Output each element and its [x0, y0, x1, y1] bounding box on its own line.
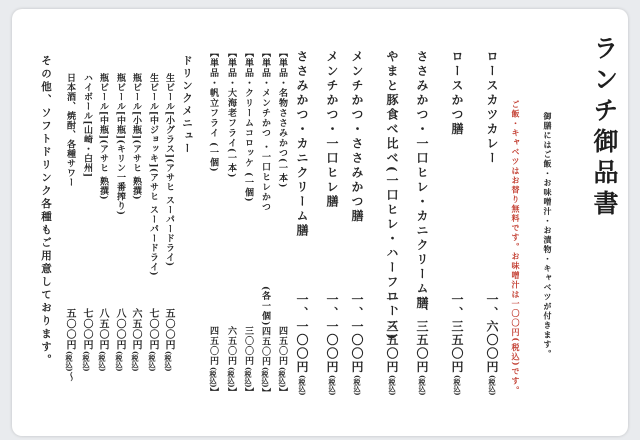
single-item-name: 【単品・名物ささみかつ(一本): [277, 48, 286, 189]
page-title: ランチ御品書: [592, 35, 617, 221]
price-tax-note: (税込): [164, 351, 173, 372]
price-amount: 一、一〇〇円: [325, 293, 339, 374]
price-tax-note: (税込): [418, 375, 427, 396]
price-amount: 七〇〇円: [81, 308, 92, 350]
menu-item-price: 一、六〇〇円(税込): [486, 293, 498, 396]
menu-item-price: 一、三五〇円(税込): [416, 293, 428, 396]
price-tax-note: (税込): [131, 351, 140, 372]
drink-item-price: 七〇〇円(税込): [81, 308, 91, 372]
drink-item-price: 六五〇円(税込): [130, 308, 140, 372]
price-tax-note: (税込): [298, 375, 307, 396]
note-included-sides: 御膳にはご飯・お味噌汁・お漬物・キャベツが付きます。: [544, 112, 552, 359]
single-item-price: (各一個)四五〇円(税込)】: [260, 286, 269, 397]
price-tax-note: (税込): [148, 351, 157, 372]
price-amount: 七〇〇円: [147, 308, 158, 350]
menu-item-name: ロースカツカレー: [486, 50, 498, 166]
price-closing-bracket: 】: [208, 388, 218, 397]
price-tax-note: (税込): [328, 375, 337, 396]
single-item-price: 三〇〇円(税込)】: [243, 326, 252, 397]
price-amount: 四五〇円: [277, 326, 287, 366]
price-tax-note: (税込): [353, 375, 362, 396]
price-amount: 六五〇円: [130, 308, 141, 350]
drink-item-name: 日本酒、焼酎、各種サワー: [65, 73, 74, 187]
menu-item-price: 一、一〇〇円(税込): [296, 293, 308, 396]
menu-item-name: ささみかつ・カニクリーム膳: [296, 50, 308, 239]
menu-item-name: ロースかつ膳: [451, 50, 463, 137]
drinks-menu-header: ドリンクメニュー: [182, 55, 193, 155]
price-closing-bracket: 】: [277, 388, 287, 397]
menu-item-price: 一、三五〇円(税込): [451, 293, 463, 396]
menu-item-name: メンチかつ・一口ヒレ膳: [326, 50, 338, 210]
price-closing-bracket: 】: [243, 388, 253, 397]
drink-item-name: 瓶ビール[小瓶](アサヒ 熟撰): [131, 73, 140, 200]
price-tax-note: (税込): [115, 351, 124, 372]
note-free-refills: ご飯・キャベツはお替り無料です。お味噌汁は一〇〇円(税込)です。: [512, 100, 520, 396]
drink-item-name: 瓶ビール[中瓶](キリン一番搾り): [115, 73, 124, 216]
single-item-name: 【単品・メンチかつ ・一口ヒレかつ: [260, 48, 269, 212]
drink-item-name: 瓶ビール[中瓶](アサヒ 熟撰): [98, 73, 107, 200]
price-amount: 八五〇円: [97, 308, 108, 350]
single-item-price: 四五〇円(税込)】: [277, 326, 286, 397]
price-tax-note: (税込): [227, 367, 236, 388]
price-tax-note: (税込): [278, 367, 287, 388]
price-tax-note: (税込): [82, 351, 91, 372]
price-amount: 六五〇円: [226, 326, 236, 366]
menu-item-name: メンチかつ・ささみかつ膳: [351, 50, 363, 224]
drink-item-name: 生ビール[中ジョッキ](アサヒ スーパードライ): [148, 73, 157, 276]
single-item-name: 【単品・大海老フライ(一本): [226, 48, 235, 179]
menu-item-name: ささみかつ・一口ヒレ・カニクリーム膳: [416, 50, 428, 311]
price-amount: 一、一〇〇円: [295, 293, 309, 374]
price-closing-bracket: 】: [260, 388, 270, 397]
price-amount: (各一個)四五〇円: [260, 286, 270, 367]
price-tax-note: (税込): [98, 351, 107, 372]
soft-drinks-footer-note: その他、ソフトドリンク各種もご用意しております。: [41, 55, 52, 367]
drink-item-price: 七〇〇円(税込): [147, 308, 157, 372]
drink-item-price: 五〇〇円(税込): [163, 308, 173, 372]
price-amount: 五〇〇円: [163, 308, 174, 350]
drink-item-price: 八五〇円(税込): [97, 308, 107, 372]
drink-item-name: 生ビール[小グラス](アサヒ スーパードライ): [164, 73, 173, 267]
price-tax-note: (税込): [388, 375, 397, 396]
lunch-menu-page: ランチ御品書 御膳にはご飯・お味噌汁・お漬物・キャベツが付きます。 ご飯・キャベ…: [12, 9, 628, 436]
single-item-price: 六五〇円(税込)】: [226, 326, 235, 397]
price-amount: 一、三五〇円: [385, 293, 399, 374]
drink-item-name: ハイボール[山崎・白州]: [82, 73, 91, 178]
app-canvas: ランチ御品書 御膳にはご飯・お味噌汁・お漬物・キャベツが付きます。 ご飯・キャベ…: [0, 0, 640, 440]
price-tax-note: (税込): [209, 367, 218, 388]
price-amount: 四五〇円: [208, 326, 218, 366]
price-amount: 一、六〇〇円: [485, 293, 499, 374]
menu-item-price: 一、三五〇円(税込): [386, 293, 398, 396]
menu-item-price: 一、一〇〇円(税込): [351, 293, 363, 396]
drink-item-price: 八〇〇円(税込): [114, 308, 124, 372]
price-suffix: 〜: [64, 372, 75, 382]
price-amount: 一、三五〇円: [415, 293, 429, 374]
price-amount: 一、三五〇円: [450, 293, 464, 374]
price-amount: 三〇〇円: [243, 326, 253, 366]
single-item-name: 【単品・帆立フライ (一個): [208, 48, 217, 173]
price-tax-note: (税込): [65, 351, 74, 372]
single-item-price: 四五〇円(税込)】: [208, 326, 217, 397]
price-amount: 八〇〇円: [114, 308, 125, 350]
price-tax-note: (税込): [488, 375, 497, 396]
price-tax-note: (税込): [453, 375, 462, 396]
price-amount: 一、一〇〇円: [350, 293, 364, 374]
price-amount: 五〇〇円: [64, 308, 75, 350]
price-tax-note: (税込): [261, 367, 270, 388]
price-tax-note: (税込): [244, 367, 253, 388]
price-closing-bracket: 】: [226, 388, 236, 397]
menu-item-price: 一、一〇〇円(税込): [326, 293, 338, 396]
drink-item-price: 五〇〇円(税込)〜: [64, 308, 74, 382]
single-item-name: 【単品・クリームコロッケ (一個): [243, 48, 252, 203]
